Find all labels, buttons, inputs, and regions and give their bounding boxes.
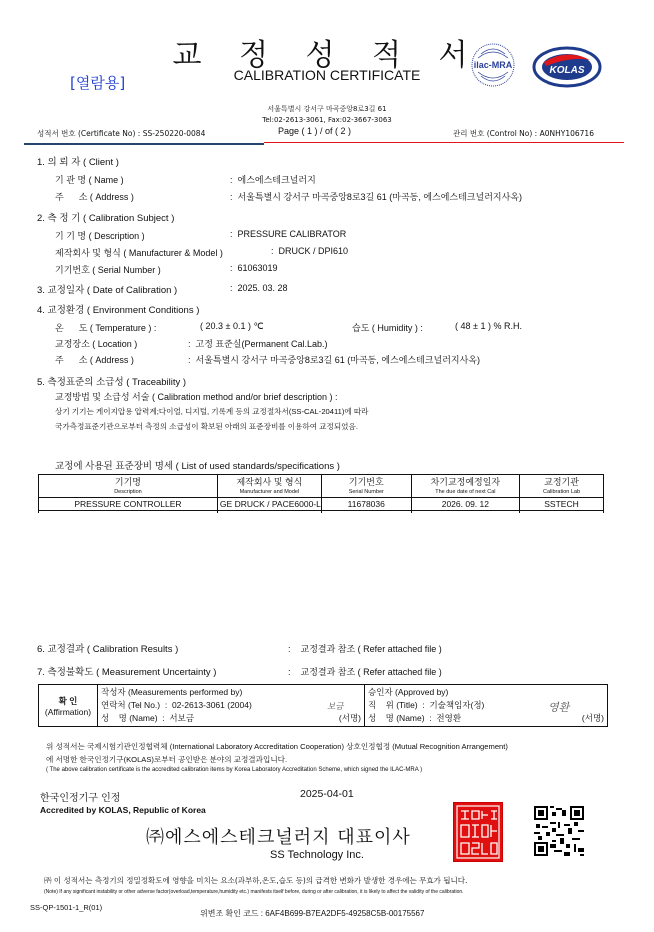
accreditation-line1: 위 성적서는 국제시험기관인정협력체 (International Labora… bbox=[46, 741, 508, 752]
company-name-en: SS Technology Inc. bbox=[270, 849, 364, 861]
page-indicator: Page ( 1 ) / of ( 2 ) bbox=[278, 126, 351, 136]
section-traceability-heading: 5. 측정표준의 소급성 ( Traceability ) bbox=[37, 374, 186, 388]
section-client-heading: 1. 의 뢰 자 ( Client ) bbox=[37, 154, 119, 168]
header-divider-red bbox=[264, 142, 624, 143]
client-address-label: 주 소 ( Address ) bbox=[55, 190, 134, 203]
subject-model-label: 제작회사 및 형식 ( Manufacturer & Model ) bbox=[55, 246, 223, 259]
header-divider-blue bbox=[24, 143, 264, 145]
accreditation-line3: ( The above calibration certificate is t… bbox=[46, 767, 422, 773]
location-label: 교정장소 ( Location ) bbox=[55, 337, 137, 350]
location-value: : 고정 표준실(Permanent Cal.Lab.) bbox=[188, 337, 328, 350]
section-results-heading: 6. 교정결과 ( Calibration Results ) bbox=[37, 641, 178, 655]
uncertainty-value: : 교정결과 참조 ( Refer attached file ) bbox=[288, 665, 442, 678]
traceability-text-line2: 국가측정표준기관으로부터 측정의 소급성이 확보된 아래의 표준장비를 이용하여… bbox=[55, 421, 358, 432]
svg-text:ilac-MRA: ilac-MRA bbox=[474, 60, 513, 70]
client-name-label: 기 관 명 ( Name ) bbox=[55, 173, 124, 186]
approver-title: 직 위 (Title) : 기술책임자(정) 영환 bbox=[368, 699, 604, 712]
subject-serial-value: : 61063019 bbox=[230, 263, 278, 273]
column-manufacturer-model: 제작회사 및 형식Manufacturer and Model bbox=[217, 475, 321, 498]
section-environment-heading: 4. 교정환경 ( Environment Conditions ) bbox=[37, 302, 199, 316]
kolas-accreditation-kr: 한국인정기구 인정 bbox=[40, 789, 120, 804]
section-subject-heading: 2. 측 정 기 ( Calibration Subject ) bbox=[37, 210, 174, 224]
cell-calibration-lab: SSTECH bbox=[520, 498, 604, 511]
cell-serial-number: 11678036 bbox=[321, 498, 411, 511]
kolas-logo: KOLAS bbox=[532, 46, 602, 88]
svg-text:KOLAS: KOLAS bbox=[550, 65, 585, 76]
subject-description-value: : PRESSURE CALIBRATOR bbox=[230, 229, 346, 239]
table-row: PRESSURE CONTROLLER GE DRUCK / PACE6000-… bbox=[39, 498, 604, 511]
traceability-text-line1: 상기 기기는 게이지압용 압력계;다이얼, 디지털, 기록계 등의 교정절차서(… bbox=[55, 406, 369, 417]
validity-note-kr: ㈜ 이 성적서는 측정기의 정밀정확도에 영향을 미치는 요소(과부하,온도,습… bbox=[44, 875, 467, 886]
performed-by-cell: 작성자 (Measurements performed by) 연락처 (Tel… bbox=[98, 685, 365, 727]
verification-qr-code[interactable] bbox=[534, 806, 584, 856]
accreditation-line2: 에 서명한 한국인정기구(KOLAS)로부터 공인받은 분야의 교정결과입니다. bbox=[46, 754, 287, 765]
humidity-label: 습도 ( Humidity ) : bbox=[352, 321, 423, 334]
company-seal-stamp bbox=[453, 802, 503, 862]
company-name-kr: ㈜에스에스테크널러지 대표이사 bbox=[146, 823, 411, 849]
calibration-date-value: : 2025. 03. 28 bbox=[230, 283, 288, 293]
performed-by-label: 작성자 (Measurements performed by) bbox=[101, 686, 361, 699]
performer-sign-mark: (서명) bbox=[339, 712, 361, 725]
standards-table: 기기명Description 제작회사 및 형식Manufacturer and… bbox=[38, 474, 604, 513]
issuer-address: 서울특별시 강서구 마곡중앙8로3길 61 bbox=[0, 104, 654, 114]
form-code: SS-QP-1501-1_R(01) bbox=[30, 903, 102, 912]
approved-by-label: 승인자 (Approved by) bbox=[368, 686, 604, 699]
performer-tel: 연락처 (Tel No.) : 02-2613-3061 (2004) 보금 bbox=[101, 699, 361, 712]
client-name-value: : 에스에스테크널러지 bbox=[230, 173, 316, 186]
forgery-check-code: 위변조 확인 코드 : 6AF4B699-B7EA2DF5-49258C5B-0… bbox=[200, 908, 424, 919]
approver-sign-mark: (서명) bbox=[582, 712, 604, 725]
temperature-value: ( 20.3 ± 0.1 ) ℃ bbox=[200, 321, 264, 332]
client-address-value: : 서울특별시 강서구 마곡중앙8로3길 61 (마곡동, 에스에스테크널러지사… bbox=[230, 190, 522, 203]
humidity-value: ( 48 ± 1 ) % R.H. bbox=[455, 321, 522, 331]
calibration-method-label: 교정방법 및 소급성 서술 ( Calibration method and/o… bbox=[55, 390, 338, 403]
section-uncertainty-heading: 7. 측정불확도 ( Measurement Uncertainty ) bbox=[37, 664, 216, 678]
issuer-contact: Tel:02-2613-3061, Fax:02-3667-3063 bbox=[0, 116, 654, 124]
issue-date: 2025-04-01 bbox=[300, 788, 354, 800]
results-value: : 교정결과 참조 ( Refer attached file ) bbox=[288, 642, 442, 655]
subject-model-value: : DRUCK / DPI610 bbox=[271, 246, 348, 256]
certificate-number: 성적서 번호 (Certificate No) : SS-250220-0084 bbox=[37, 128, 205, 139]
affirmation-label: 확 인 (Affirmation) bbox=[39, 685, 98, 727]
column-calibration-lab: 교정기관Calibration Lab bbox=[520, 475, 604, 498]
kolas-accreditation-en: Accredited by KOLAS, Republic of Korea bbox=[40, 805, 206, 815]
validity-note-en: (Note) If any significant instability or… bbox=[44, 889, 464, 895]
view-only-tag: [열람용] bbox=[70, 72, 125, 93]
column-serial-number: 기기번호Serial Number bbox=[321, 475, 411, 498]
standards-table-header: 기기명Description 제작회사 및 형식Manufacturer and… bbox=[39, 475, 604, 498]
subject-description-label: 기 기 명 ( Description ) bbox=[55, 229, 145, 242]
temperature-label: 온 도 ( Temperature ) : bbox=[55, 321, 156, 334]
environment-address-label: 주 소 ( Address ) bbox=[55, 353, 134, 366]
affirmation-table: 확 인 (Affirmation) 작성자 (Measurements perf… bbox=[38, 684, 608, 727]
section-date-heading: 3. 교정일자 ( Date of Calibration ) bbox=[37, 282, 177, 296]
control-number: 관리 번호 (Control No) : A0NHY106716 bbox=[453, 128, 594, 139]
column-next-cal-date: 차기교정예정일자The due date of next Cal bbox=[411, 475, 519, 498]
cell-manufacturer-model: GE DRUCK / PACE6000-L bbox=[217, 498, 321, 511]
approved-by-cell: 승인자 (Approved by) 직 위 (Title) : 기술책임자(정)… bbox=[365, 685, 608, 727]
approver-name: 성 명 (Name) : 전영환 (서명) bbox=[368, 712, 604, 725]
subject-serial-label: 기기번호 ( Serial Number ) bbox=[55, 263, 161, 276]
environment-address-value: : 서울특별시 강서구 마곡중앙8로3길 61 (마곡동, 에스에스테크널러지사… bbox=[188, 353, 480, 366]
cell-description: PRESSURE CONTROLLER bbox=[39, 498, 218, 511]
standards-table-heading: 교정에 사용된 표준장비 명세 ( List of used standards… bbox=[55, 458, 340, 472]
performer-name: 성 명 (Name) : 서보금 (서명) bbox=[101, 712, 361, 725]
ilac-mra-logo: ilac-MRA bbox=[470, 42, 516, 88]
table-row-empty bbox=[39, 511, 604, 514]
column-description: 기기명Description bbox=[39, 475, 218, 498]
cell-next-cal-date: 2026. 09. 12 bbox=[411, 498, 519, 511]
